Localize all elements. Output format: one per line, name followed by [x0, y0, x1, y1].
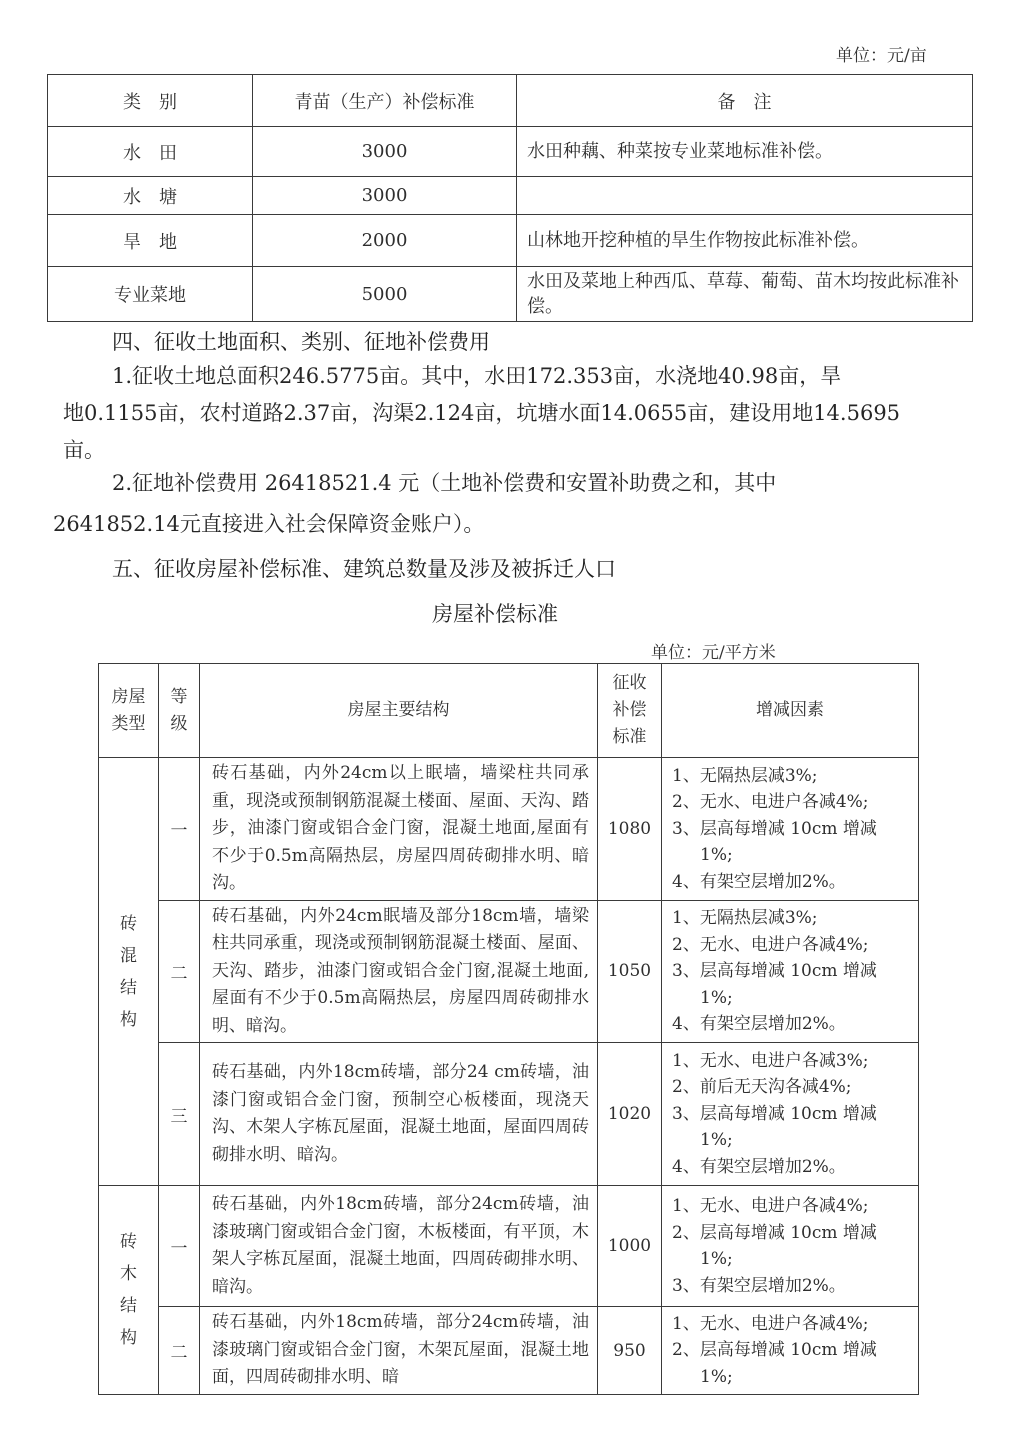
standard-cell: 5000 — [253, 267, 517, 322]
category-label: 旱地 — [105, 232, 195, 253]
note-cell — [517, 177, 973, 215]
header-house-type: 房屋类型 — [99, 664, 159, 758]
standard-cell: 3000 — [253, 177, 517, 215]
table-row: 砖混结构 一 砖石基础，内外24cm以上眠墙，墙梁柱共同承重，现浇或预制钢筋混凝… — [99, 758, 919, 901]
header-price: 征收补偿标准 — [598, 664, 662, 758]
section4-para1-line3: 亩。 — [63, 432, 105, 469]
factor-line: 1%; — [672, 1364, 912, 1391]
factor-line: 1、无水、电进户各减4%; — [672, 1311, 912, 1338]
factor-line: 1%; — [672, 842, 912, 869]
section4-heading: 四、征收土地面积、类别、征地补偿费用 — [112, 326, 490, 356]
section4-para1-line2: 地0.1155亩，农村道路2.37亩，沟渠2.124亩，坑塘水面14.0655亩… — [63, 395, 900, 432]
table-row: 砖木结构 一 砖石基础，内外18cm砖墙，部分24cm砖墙，油漆玻璃门窗或铝合金… — [99, 1186, 919, 1307]
header-grade: 等级 — [159, 664, 200, 758]
section5-heading: 五、征收房屋补偿标准、建筑总数量及涉及被拆迁人口 — [112, 553, 616, 583]
house-compensation-table: 房屋类型 等级 房屋主要结构 征收补偿标准 增减因素 砖混结构 一 砖石基础，内… — [98, 663, 919, 1395]
factor-line: 1、无隔热层减3%; — [672, 905, 912, 932]
factor-line: 3、层高每增减 10cm 增减 — [672, 958, 912, 985]
note-cell: 水田种藕、种菜按专业菜地标准补偿。 — [517, 127, 973, 177]
factor-line: 2、层高每增减 10cm 增减 — [672, 1220, 912, 1247]
structure-cell: 砖石基础，内外24cm以上眠墙，墙梁柱共同承重，现浇或预制钢筋混凝土楼面、屋面、… — [200, 758, 598, 901]
table-row: 旱地 2000 山林地开挖种植的旱生作物按此标准补偿。 — [48, 215, 973, 267]
factor-line: 1、无水、电进户各减3%; — [672, 1048, 912, 1075]
price-cell: 1080 — [598, 758, 662, 901]
house-type-label: 砖混结构 — [120, 908, 137, 1036]
category-cell: 水塘 — [48, 177, 253, 215]
header-structure: 房屋主要结构 — [200, 664, 598, 758]
standard-cell: 2000 — [253, 215, 517, 267]
factors-cell: 1、无隔热层减3%; 2、无水、电进户各减4%; 3、层高每增减 10cm 增减… — [662, 758, 919, 901]
grade-cell: 一 — [159, 1186, 200, 1307]
factors-cell: 1、无水、电进户各减4%; 2、层高每增减 10cm 增减 1%; — [662, 1307, 919, 1395]
house-type-cell: 砖混结构 — [99, 758, 159, 1186]
header-category-label: 类别 — [105, 92, 195, 113]
category-label: 水塘 — [105, 187, 195, 208]
price-cell: 1050 — [598, 900, 662, 1043]
factor-line: 3、层高每增减 10cm 增减 — [672, 1101, 912, 1128]
house-type-label: 砖木结构 — [120, 1226, 137, 1354]
table-row: 二 砖石基础，内外24cm眠墙及部分18cm墙，墙梁柱共同承重，现浇或预制钢筋混… — [99, 900, 919, 1043]
table-row: 三 砖石基础，内外18cm砖墙，部分24 cm砖墙，油漆门窗或铝合金门窗，预制空… — [99, 1043, 919, 1186]
header-house-type-label: 房屋类型 — [110, 684, 147, 738]
house-table-unit: 单位：元/平方米 — [651, 638, 776, 663]
table-row: 水塘 3000 — [48, 177, 973, 215]
note-cell: 水田及菜地上种西瓜、草莓、葡萄、苗木均按此标准补偿。 — [517, 267, 973, 322]
factor-line: 1%; — [672, 1127, 912, 1154]
factors-cell: 1、无水、电进户各减3%; 2、前后无天沟各减4%; 3、层高每增减 10cm … — [662, 1043, 919, 1186]
price-cell: 950 — [598, 1307, 662, 1395]
section4-para2-line2: 2641852.14元直接进入社会保障资金账户）。 — [53, 506, 484, 543]
header-factors: 增减因素 — [662, 664, 919, 758]
header-category: 类别 — [48, 75, 253, 127]
price-cell: 1020 — [598, 1043, 662, 1186]
structure-cell: 砖石基础，内外24cm眠墙及部分18cm墙，墙梁柱共同承重，现浇或预制钢筋混凝土… — [200, 900, 598, 1043]
factor-line: 4、有架空层增加2%。 — [672, 1011, 912, 1038]
factor-line: 3、有架空层增加2%。 — [672, 1273, 912, 1300]
house-table-title: 房屋补偿标准 — [432, 598, 558, 628]
category-cell: 旱地 — [48, 215, 253, 267]
header-note: 备 注 — [517, 75, 973, 127]
factors-cell: 1、无隔热层减3%; 2、无水、电进户各减4%; 3、层高每增减 10cm 增减… — [662, 900, 919, 1043]
factor-line: 1、无隔热层减3%; — [672, 763, 912, 790]
category-cell: 水田 — [48, 127, 253, 177]
factor-line: 1、无水、电进户各减4%; — [672, 1193, 912, 1220]
header-standard: 青苗（生产）补偿标准 — [253, 75, 517, 127]
header-price-label: 征收补偿标准 — [611, 670, 648, 751]
category-label: 水田 — [105, 143, 195, 164]
table-row: 二 砖石基础，内外18cm砖墙，部分24cm砖墙，油漆玻璃门窗或铝合金门窗，木架… — [99, 1307, 919, 1395]
grade-cell: 二 — [159, 900, 200, 1043]
factor-line: 2、无水、电进户各减4%; — [672, 789, 912, 816]
section4-para1-line1: 1.征收土地总面积246.5775亩。其中，水田172.353亩，水浇地40.9… — [112, 358, 841, 395]
table1-header-row: 类别 青苗（生产）补偿标准 备 注 — [48, 75, 973, 127]
header-note-label: 备 注 — [718, 92, 772, 113]
category-cell: 专业菜地 — [48, 267, 253, 322]
header-grade-label: 等级 — [171, 684, 188, 738]
standard-cell: 3000 — [253, 127, 517, 177]
table2-header-row: 房屋类型 等级 房屋主要结构 征收补偿标准 增减因素 — [99, 664, 919, 758]
price-cell: 1000 — [598, 1186, 662, 1307]
factor-line: 4、有架空层增加2%。 — [672, 1154, 912, 1181]
factor-line: 2、无水、电进户各减4%; — [672, 932, 912, 959]
structure-cell: 砖石基础，内外18cm砖墙，部分24 cm砖墙，油漆门窗或铝合金门窗，预制空心板… — [200, 1043, 598, 1186]
structure-cell: 砖石基础，内外18cm砖墙，部分24cm砖墙，油漆玻璃门窗或铝合金门窗，木板楼面… — [200, 1186, 598, 1307]
table1-unit: 单位：元/亩 — [836, 41, 927, 66]
factor-line: 1%; — [672, 985, 912, 1012]
section4-para2-line1: 2.征地补偿费用 26418521.4 元（土地补偿费和安置补助费之和，其中 — [112, 465, 776, 502]
seedling-compensation-table: 类别 青苗（生产）补偿标准 备 注 水田 3000 水田种藕、种菜按专业菜地标准… — [47, 74, 973, 322]
factor-line: 2、前后无天沟各减4%; — [672, 1074, 912, 1101]
grade-cell: 一 — [159, 758, 200, 901]
note-cell: 山林地开挖种植的旱生作物按此标准补偿。 — [517, 215, 973, 267]
table-row: 水田 3000 水田种藕、种菜按专业菜地标准补偿。 — [48, 127, 973, 177]
factor-line: 1%; — [672, 1246, 912, 1273]
factor-line: 2、层高每增减 10cm 增减 — [672, 1337, 912, 1364]
table-row: 专业菜地 5000 水田及菜地上种西瓜、草莓、葡萄、苗木均按此标准补偿。 — [48, 267, 973, 322]
structure-cell: 砖石基础，内外18cm砖墙，部分24cm砖墙，油漆玻璃门窗或铝合金门窗，木架瓦屋… — [200, 1307, 598, 1395]
factor-line: 3、层高每增减 10cm 增减 — [672, 816, 912, 843]
factor-line: 4、有架空层增加2%。 — [672, 869, 912, 896]
grade-cell: 三 — [159, 1043, 200, 1186]
house-type-cell: 砖木结构 — [99, 1186, 159, 1395]
factors-cell: 1、无水、电进户各减4%; 2、层高每增减 10cm 增减 1%; 3、有架空层… — [662, 1186, 919, 1307]
grade-cell: 二 — [159, 1307, 200, 1395]
